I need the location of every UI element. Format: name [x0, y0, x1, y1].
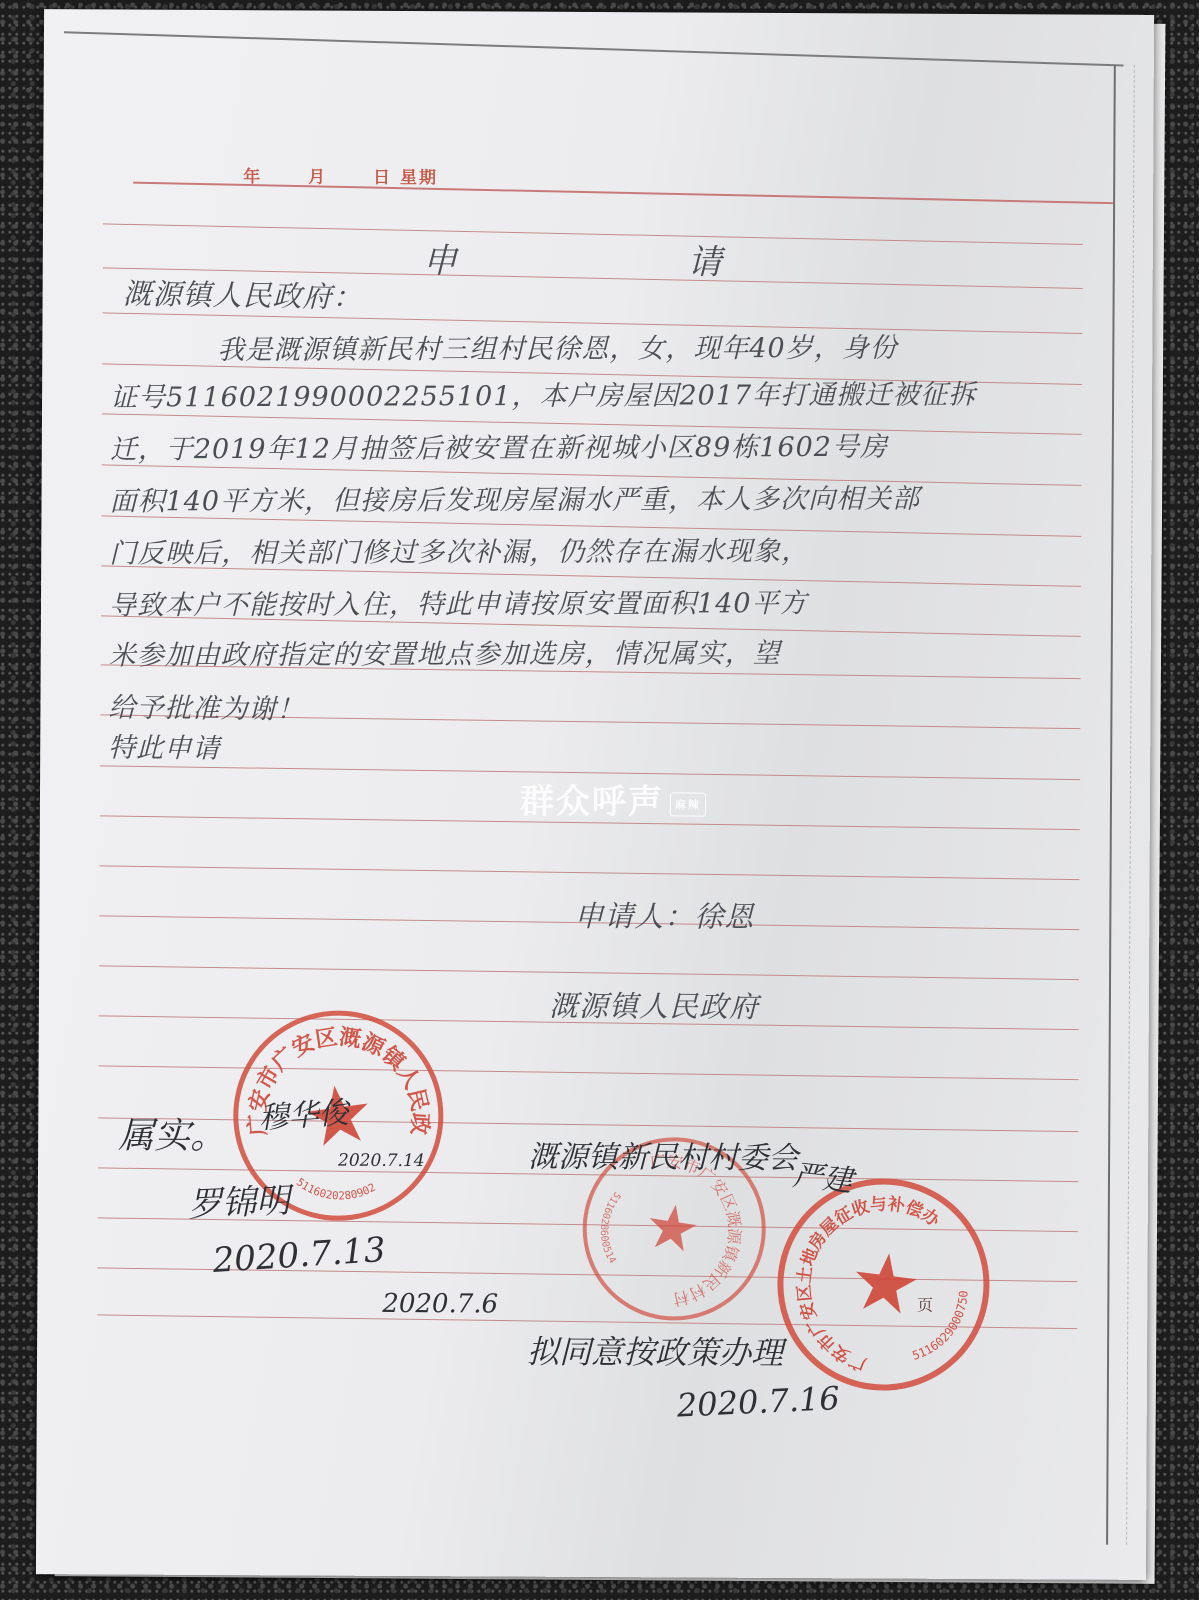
letter-body-line: 特此申请 — [108, 725, 220, 765]
ruled-lines — [44, 9, 1154, 15]
ruled-line — [99, 965, 1079, 980]
town-approval-date-1: 2020.7.14 — [338, 1151, 425, 1171]
header-day-weekday: 日 星期 — [373, 168, 438, 188]
town-signer: 罗锦明 — [187, 1173, 291, 1227]
frame-right-dashed-line — [1126, 65, 1135, 1545]
frame-right-line — [1106, 65, 1116, 1545]
applicant-signature: 申请人：徐恩 — [574, 894, 754, 936]
document-title: 申 请 — [423, 233, 832, 284]
letter-body-line: 米参加由政府指定的安置地点参加选房，情况属实，望 — [109, 631, 781, 672]
letter-body-line: 给予批准为谢！ — [108, 685, 304, 726]
letter-body-line: 我是溉源镇新民村三组村民徐恩，女，现年40岁，身份 — [217, 326, 897, 367]
applicant-organization: 溉源镇人民政府 — [549, 984, 759, 1026]
seal-center-text: 页 — [917, 1293, 933, 1316]
town-approval-note: 属实。 — [118, 1108, 226, 1160]
letter-body-line: 证号5116021990002255101，本户房屋因2017年打通搬迁被征拆 — [110, 372, 976, 414]
town-approval-date-2: 2020.7.13 — [211, 1230, 386, 1281]
frame-top-line — [64, 31, 1124, 66]
ruled-line — [100, 865, 1080, 880]
village-approval-date: 2020.7.6 — [382, 1289, 498, 1320]
application-letter-sheet: 年 月 日 星期 申 请 溉源镇人民政府： 我是溉源镇新民村三组村民徐恩，女，现… — [36, 9, 1154, 1580]
watermark-badge: 麻辣 — [670, 792, 706, 816]
village-signer: 严建 — [791, 1150, 855, 1200]
svg-text:5116028600514: 5116028600514 — [591, 1188, 634, 1266]
watermark-text: 群众呼声 — [520, 782, 664, 823]
district-approval-date: 2020.7.16 — [676, 1379, 840, 1425]
letter-body-line: 导致本户不能按时入住，特此申请按原安置面积140平方 — [109, 581, 808, 622]
letter-body-line: 面积140平方米，但接房后发现房屋漏水严重，本人多次向相关部 — [109, 477, 920, 519]
district-approval-note: 拟同意按政策办理 — [527, 1327, 783, 1374]
addressee: 溉源镇人民政府： — [122, 272, 363, 317]
letter-body: 我是溉源镇新民村三组村民徐恩，女，现年40岁，身份证号5116021990002… — [44, 9, 1154, 15]
letter-body-line: 迁，于2019年12月抽签后被安置在新视城小区89栋1602号房 — [110, 425, 888, 467]
watermark: 群众呼声麻辣 — [520, 774, 706, 824]
svg-text:5116020280902: 5116020280902 — [293, 1166, 379, 1209]
town-approval-signature: 穆华俊 — [257, 1088, 350, 1138]
letter-body-line: 门反映后，相关部门修过多次补漏，仍然存在漏水现象， — [109, 529, 809, 570]
ruled-line — [133, 182, 1113, 205]
village-committee-note: 溉源镇新民村村委会 — [528, 1132, 798, 1177]
